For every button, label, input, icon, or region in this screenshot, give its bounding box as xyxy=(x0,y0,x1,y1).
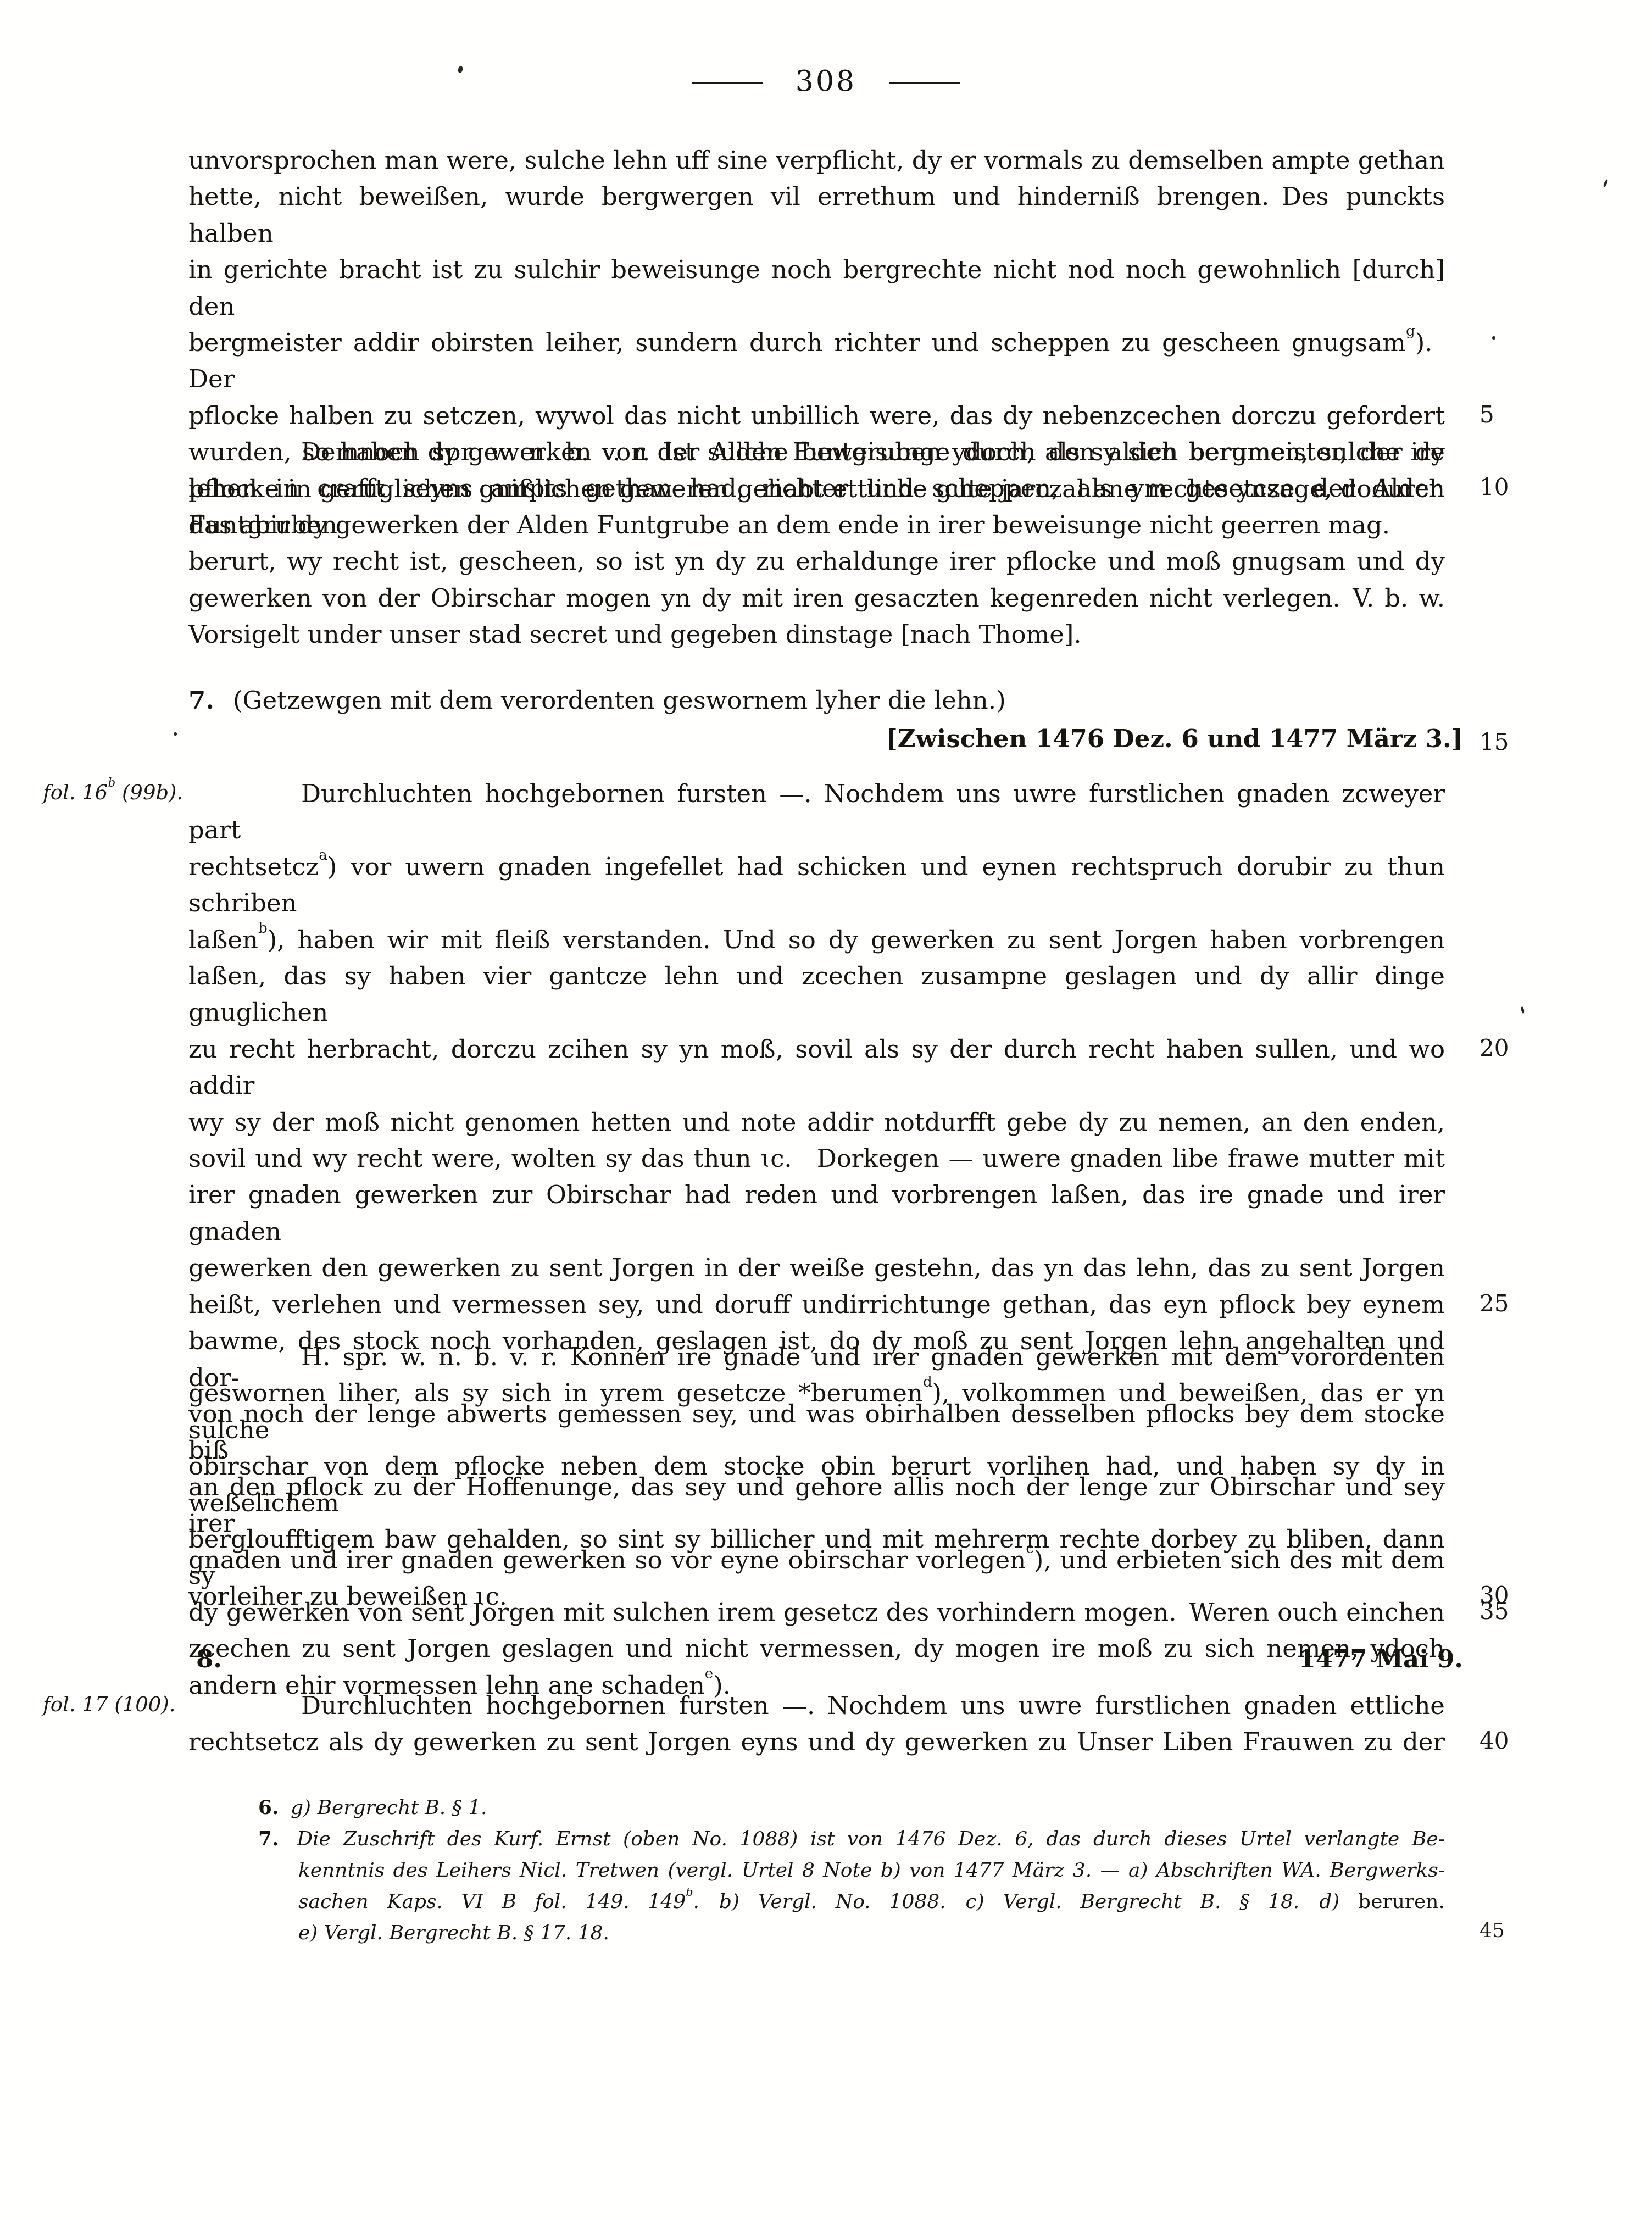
text-line-row: laßen, das sy haben vier gantcze lehn un… xyxy=(188,958,1445,1031)
footnote-line: sachen Kaps. VI B fol. 149. 149b. b) Ver… xyxy=(298,1886,1445,1917)
footnote-line-row: kenntnis des Leihers Nicl. Tretwen (verg… xyxy=(258,1855,1445,1886)
text-line-row: Durchluchten hochgebornen fursten —. Noc… xyxy=(188,1688,1445,1724)
footnote-line-row: 6. g) Bergrecht B. § 1. xyxy=(258,1792,1445,1823)
page-number: 308 xyxy=(796,65,856,98)
text-line: rechtsetcz als dy gewerken zu sent Jorge… xyxy=(188,1724,1445,1760)
text-line-row: sovil und wy recht were, wolten sy das t… xyxy=(188,1140,1445,1177)
text-line-row: dy gewerken von sent Jorgen mit sulchen … xyxy=(188,1594,1445,1631)
text-line-row: laßenb), haben wir mit fleiß verstanden.… xyxy=(188,922,1445,958)
section-date: 1477 Mai 9. xyxy=(1298,1641,1463,1677)
header-rule-right xyxy=(889,82,960,84)
footnote-line: e) Vergl. Bergrecht B. § 17. 18. xyxy=(298,1917,1445,1949)
text-line: dy gewerken von sent Jorgen mit sulchen … xyxy=(188,1594,1445,1631)
footnote-line-row: e) Vergl. Bergrecht B. § 17. 18. 45 xyxy=(258,1917,1445,1949)
page-header: 308 xyxy=(0,65,1652,98)
text-line-row: geswornen liher, als sy sich in yrem ges… xyxy=(188,1375,1445,1448)
text-line-row: bergmeister addir obirsten leiher, sunde… xyxy=(188,325,1445,398)
text-line-row: H. spr. w. n. b. v. r. Konnen ire gnade … xyxy=(188,1339,1445,1375)
text-line-row: hette, nicht beweißen, wurde bergwergen … xyxy=(188,179,1445,252)
text-line: geswornen liher, als sy sich in yrem ges… xyxy=(188,1375,1445,1448)
line-number: 5 xyxy=(1479,401,1494,428)
text-line: Durchluchten hochgebornen fursten —. Noc… xyxy=(188,1688,1445,1724)
ink-speck xyxy=(1603,179,1609,188)
text-line: in gerichte bracht ist zu sulchir beweis… xyxy=(188,252,1445,325)
text-line-row: in gerichte bracht ist zu sulchir beweis… xyxy=(188,252,1445,325)
section-title: (Getzewgen mit dem verordenten geswornem… xyxy=(233,686,1006,715)
footnote-line-row: 7. Die Zuschrift des Kurf. Ernst (oben N… xyxy=(258,1823,1445,1855)
text-line: rechtsetcza) vor uwern gnaden ingefellet… xyxy=(188,849,1445,922)
section-8-heading: 8. 1477 Mai 9. xyxy=(188,1641,1463,1677)
line-number: 35 xyxy=(1479,1598,1509,1624)
text-line: H. spr. w. n. b. v. r. Konnen ire gnade … xyxy=(188,1339,1445,1375)
text-line: sovil und wy recht were, wolten sy das t… xyxy=(188,1140,1445,1177)
line-number: 15 xyxy=(1479,724,1509,760)
ink-speck xyxy=(1492,336,1495,340)
section-number: 8. xyxy=(196,1641,222,1677)
text-line: bergmeister addir obirsten leiher, sunde… xyxy=(188,325,1445,398)
text-line-row: unvorsprochen man were, sulche lehn uff … xyxy=(188,142,1445,179)
header-rule-left xyxy=(692,82,763,84)
text-line-row: rechtsetcza) vor uwern gnaden ingefellet… xyxy=(188,849,1445,922)
text-line: laßenb), haben wir mit fleiß verstanden.… xyxy=(188,922,1445,958)
text-line-row: wy sy der moß nicht genomen hetten und n… xyxy=(188,1104,1445,1140)
text-line: berurt, wy recht ist, gescheen, so ist y… xyxy=(188,543,1445,580)
text-line: heißt, verlehen und vermessen sey, und d… xyxy=(188,1287,1445,1323)
text-line: hette, nicht beweißen, wurde bergwergen … xyxy=(188,179,1445,252)
text-line: wy sy der moß nicht genomen hetten und n… xyxy=(188,1104,1445,1140)
text-line: zu recht herbracht, dorczu zcihen sy yn … xyxy=(188,1031,1445,1104)
text-line: obirschar von dem pflocke neben dem stoc… xyxy=(188,1448,1445,1521)
section-number: 7. xyxy=(188,686,214,715)
footnote-line: kenntnis des Leihers Nicl. Tretwen (verg… xyxy=(298,1855,1445,1886)
text-line-row: heißt, verlehen und vermessen sey, und d… xyxy=(188,1287,1445,1323)
text-line-row: Demnoch spr. w. n. b. v. r. Ist sulche b… xyxy=(188,434,1445,470)
text-line-row: bergloufftigem baw gehalden, so sint sy … xyxy=(188,1521,1445,1594)
text-line-row: Durchluchten hochgebornen fursten —. Noc… xyxy=(188,776,1445,849)
footnotes-block: 6. g) Bergrecht B. § 1. 7. Die Zuschrift… xyxy=(258,1792,1445,1949)
text-line-row: gewerken den gewerken zu sent Jorgen in … xyxy=(188,1250,1445,1286)
text-line-row: zu recht herbracht, dorczu zcihen sy yn … xyxy=(188,1031,1445,1104)
paragraph-verdict-8: Durchluchten hochgebornen fursten —. Noc… xyxy=(188,1688,1445,1761)
text-line: bergloufftigem baw gehalden, so sint sy … xyxy=(188,1521,1445,1594)
line-number: 10 xyxy=(1479,474,1509,500)
text-line-row: obirschar von dem pflocke neben dem stoc… xyxy=(188,1448,1445,1521)
text-line-row: gewerken von der Obirschar mogen yn dy m… xyxy=(188,580,1445,616)
ink-speck xyxy=(1521,1006,1525,1014)
margin-folio-note: fol. 17 (100). xyxy=(43,1692,208,1718)
text-line: lehen in crafft seyns ampts gethan had, … xyxy=(188,470,1445,543)
text-line: pflocke halben zu setczen, wywol das nic… xyxy=(188,398,1445,434)
section-7-heading: 7.(Getzewgen mit dem verordenten gesworn… xyxy=(188,682,1445,719)
line-number: 25 xyxy=(1479,1290,1509,1317)
text-line-row: pflocke halben zu setczen, wywol das nic… xyxy=(188,398,1445,434)
line-number: 40 xyxy=(1479,1727,1509,1754)
text-line-row: irer gnaden gewerken zur Obirschar had r… xyxy=(188,1177,1445,1250)
section-date: [Zwischen 1476 Dez. 6 und 1477 März 3.] xyxy=(886,724,1463,753)
footnote-line: 7. Die Zuschrift des Kurf. Ernst (oben N… xyxy=(258,1823,1445,1855)
book-page: 308 unvorsprochen man were, sulche lehn … xyxy=(0,0,1652,2220)
line-number: 45 xyxy=(1479,1919,1505,1942)
footnote-line-row: sachen Kaps. VI B fol. 149. 149b. b) Ver… xyxy=(258,1886,1445,1917)
ink-speck xyxy=(174,732,177,736)
text-line: Vorsigelt under unser stad secret und ge… xyxy=(188,616,1445,653)
text-line: gewerken von der Obirschar mogen yn dy m… xyxy=(188,580,1445,616)
text-line: Demnoch spr. w. n. b. v. r. Ist sulche b… xyxy=(188,434,1445,470)
footnote-line: 6. g) Bergrecht B. § 1. xyxy=(258,1792,1445,1823)
paragraph-verdict-6: Demnoch spr. w. n. b. v. r. Ist sulche b… xyxy=(188,434,1445,653)
text-line: irer gnaden gewerken zur Obirschar had r… xyxy=(188,1177,1445,1250)
text-line-row: rechtsetcz als dy gewerken zu sent Jorge… xyxy=(188,1724,1445,1760)
margin-folio-note: fol. 16b (99b). xyxy=(43,780,208,806)
line-number: 20 xyxy=(1479,1034,1509,1061)
text-line: laßen, das sy haben vier gantcze lehn un… xyxy=(188,958,1445,1031)
text-line-row: Vorsigelt under unser stad secret und ge… xyxy=(188,616,1445,653)
text-line: Durchluchten hochgebornen fursten —. Noc… xyxy=(188,776,1445,849)
section-7-date-row: [Zwischen 1476 Dez. 6 und 1477 März 3.] … xyxy=(188,721,1463,757)
text-line-row: lehen in crafft seyns ampts gethan had, … xyxy=(188,470,1445,543)
text-line: gewerken den gewerken zu sent Jorgen in … xyxy=(188,1250,1445,1286)
text-line-row: berurt, wy recht ist, gescheen, so ist y… xyxy=(188,543,1445,580)
text-line: unvorsprochen man were, sulche lehn uff … xyxy=(188,142,1445,179)
